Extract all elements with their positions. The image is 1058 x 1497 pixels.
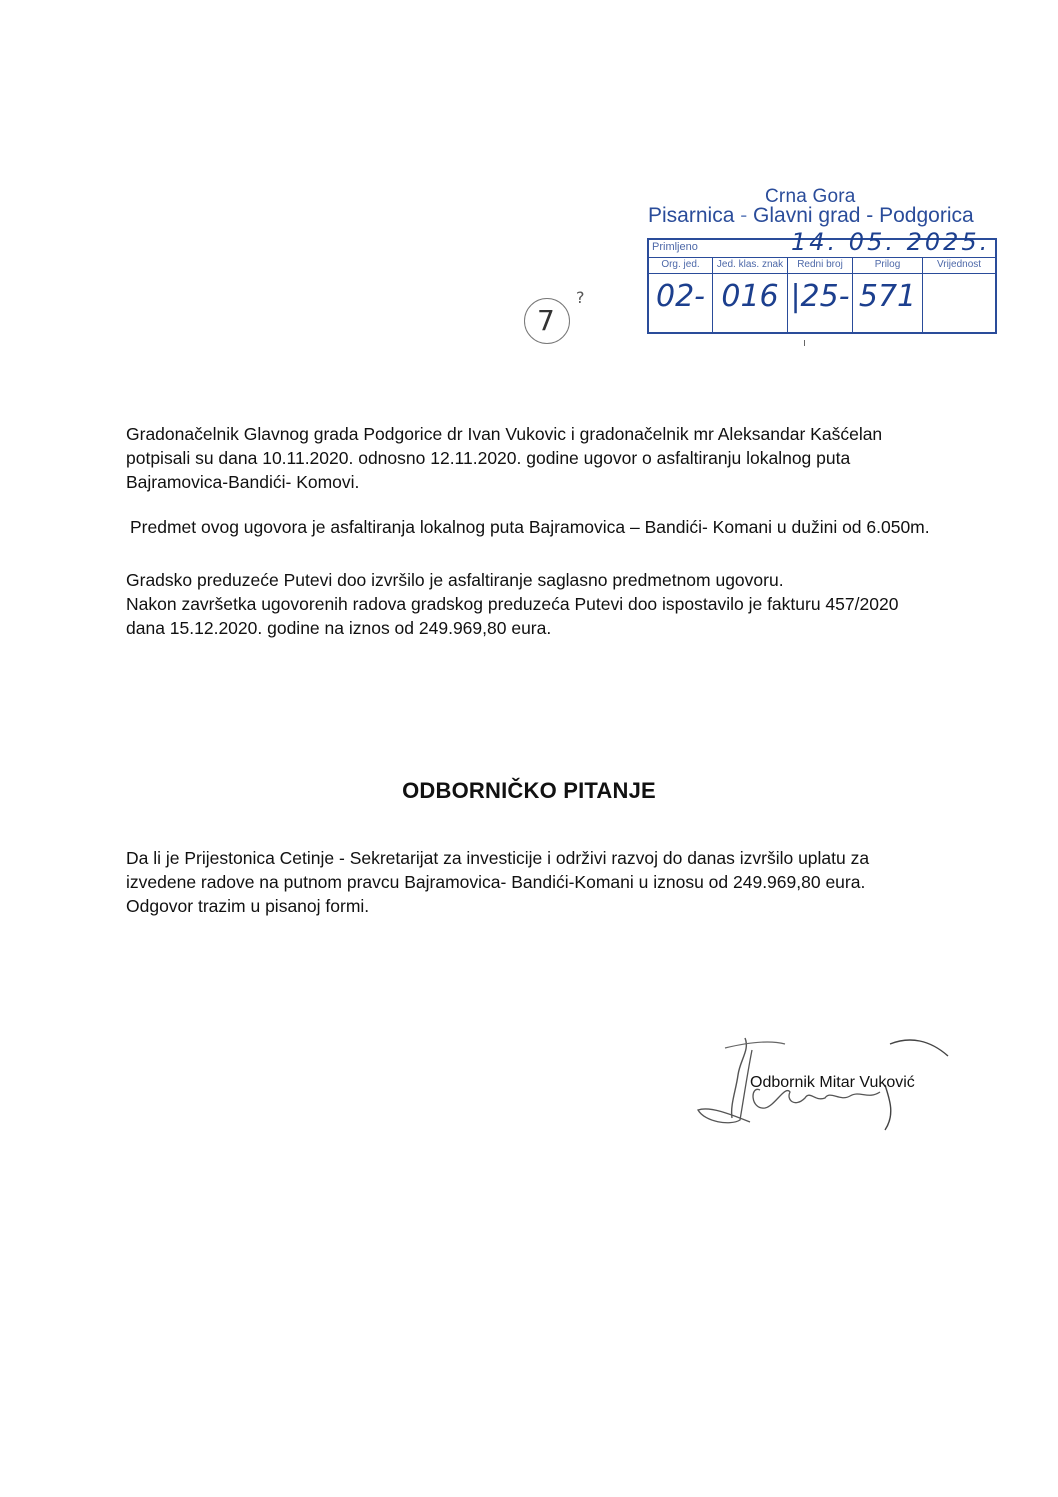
stamp-office-left: Pisarnica <box>648 204 734 227</box>
stamp-col-header: Jed. klas. znak <box>713 257 787 274</box>
stamp-col-vrijednost: Vrijednost <box>923 257 995 332</box>
stamp-received-date: 14. 05. 2025. <box>791 228 990 256</box>
text-line: dana 15.12.2020. godine na iznos od 249.… <box>126 616 898 640</box>
paragraph-contract-subject: Predmet ovog ugovora je asfaltiranja lok… <box>130 515 930 539</box>
document-heading: ODBORNIČKO PITANJE <box>0 778 1058 804</box>
circled-number: 7 <box>537 304 555 337</box>
stamp-office: Pisarnica - Glavni grad - Podgorica <box>648 204 974 228</box>
stamp-col-value: 016 <box>713 279 787 314</box>
stamp-received-row: Primljeno 14. 05. 2025. <box>649 240 995 258</box>
stamp-col-header: Vrijednost <box>923 257 995 274</box>
stamp-col-prilog: Prilog 571 <box>853 257 923 332</box>
stamp-col-header: Redni broj <box>788 257 852 274</box>
signature-block: Odbornik Mitar Vuković <box>690 1030 970 1140</box>
stamp-table: Primljeno 14. 05. 2025. Org. jed. 02- Je… <box>647 238 997 334</box>
text-line: Predmet ovog ugovora je asfaltiranja lok… <box>130 515 930 539</box>
text-line: Bajramovica-Bandići- Komovi. <box>126 470 882 494</box>
signatory-name: Odbornik Mitar Vuković <box>750 1074 915 1092</box>
text-line: Odgovor trazim u pisanoj formi. <box>126 894 869 918</box>
stamp-columns: Org. jed. 02- Jed. klas. znak 016 Redni … <box>649 257 995 332</box>
text-line: Nakon završetka ugovorenih radova gradsk… <box>126 592 898 616</box>
stamp-received-label: Primljeno <box>652 241 698 253</box>
stamp-office-right: Glavni grad - Podgorica <box>753 204 974 227</box>
paragraph-question: Da li je Prijestonica Cetinje - Sekretar… <box>126 846 869 918</box>
paragraph-contract-signing: Gradonačelnik Glavnog grada Podgorice dr… <box>126 422 882 494</box>
text-line: Gradonačelnik Glavnog grada Podgorice dr… <box>126 422 882 446</box>
stamp-col-header: Prilog <box>853 257 922 274</box>
stamp-col-org-jed: Org. jed. 02- <box>649 257 713 332</box>
stamp-col-redni-broj: Redni broj |25- <box>788 257 853 332</box>
stamp-col-klas-znak: Jed. klas. znak 016 <box>713 257 788 332</box>
stamp-tick-mark <box>804 340 805 346</box>
paragraph-invoice: Gradsko preduzeće Putevi doo izvršilo je… <box>126 568 898 640</box>
stamp-col-value: 571 <box>853 279 922 314</box>
text-line: izvedene radove na putnom pravcu Bajramo… <box>126 870 869 894</box>
stamp-col-value: 02- <box>649 279 712 314</box>
text-line: potpisali su dana 10.11.2020. odnosno 12… <box>126 446 882 470</box>
text-line: Da li je Prijestonica Cetinje - Sekretar… <box>126 846 869 870</box>
circled-number-annotation: 7 <box>524 298 570 344</box>
question-mark-annotation: ? <box>576 288 585 307</box>
stamp-col-header: Org. jed. <box>649 257 712 274</box>
text-line: Gradsko preduzeće Putevi doo izvršilo je… <box>126 568 898 592</box>
stamp-col-value: |25- <box>788 279 852 314</box>
stamp-separator: - <box>740 204 753 227</box>
